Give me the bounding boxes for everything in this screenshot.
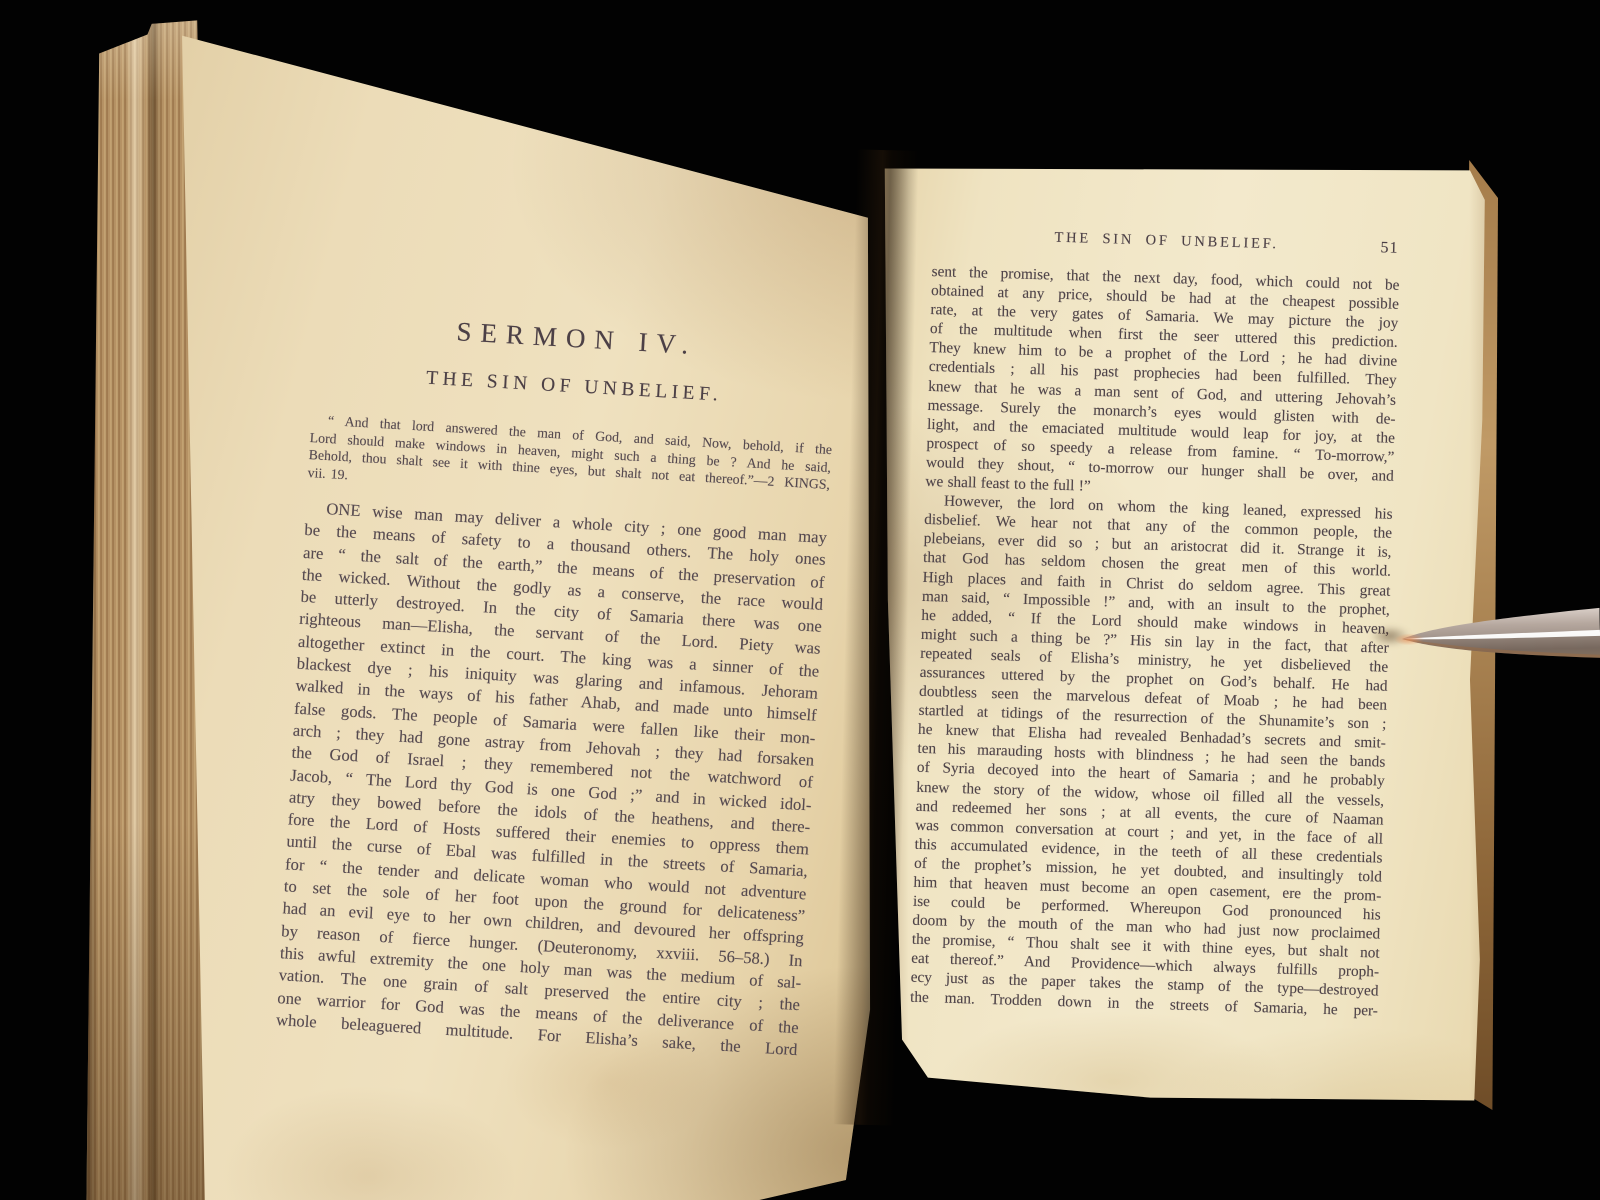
paragraph: sent the promise, that the next day, foo… — [925, 262, 1400, 505]
blade-graphic — [1391, 596, 1600, 672]
right-page-body-text: sent the promise, that the next day, foo… — [910, 262, 1400, 1020]
paragraph: ONE wise man may deliver a whole city ; … — [276, 497, 828, 1061]
left-page-content: SERMON IV. THE SIN OF UNBELIEF. “ And th… — [276, 294, 840, 1061]
left-page-body-text: ONE wise man may deliver a whole city ; … — [276, 497, 828, 1061]
sermon-subtitle: THE SIN OF UNBELIEF. — [313, 361, 835, 413]
right-page-content: THE SIN OF UNBELIEF. 51 sent the promise… — [910, 226, 1401, 1020]
epigraph-scripture-quote: “ And that lord answered the man of God,… — [307, 411, 832, 511]
page-number: 51 — [1380, 239, 1399, 258]
book-photo-scene: SERMON IV. THE SIN OF UNBELIEF. “ And th… — [0, 0, 1600, 1200]
paragraph: “ And that lord answered the man of God,… — [307, 411, 832, 511]
letter-opener-blade — [1391, 596, 1600, 672]
paragraph: However, the lord on whom the king leane… — [910, 491, 1393, 1020]
